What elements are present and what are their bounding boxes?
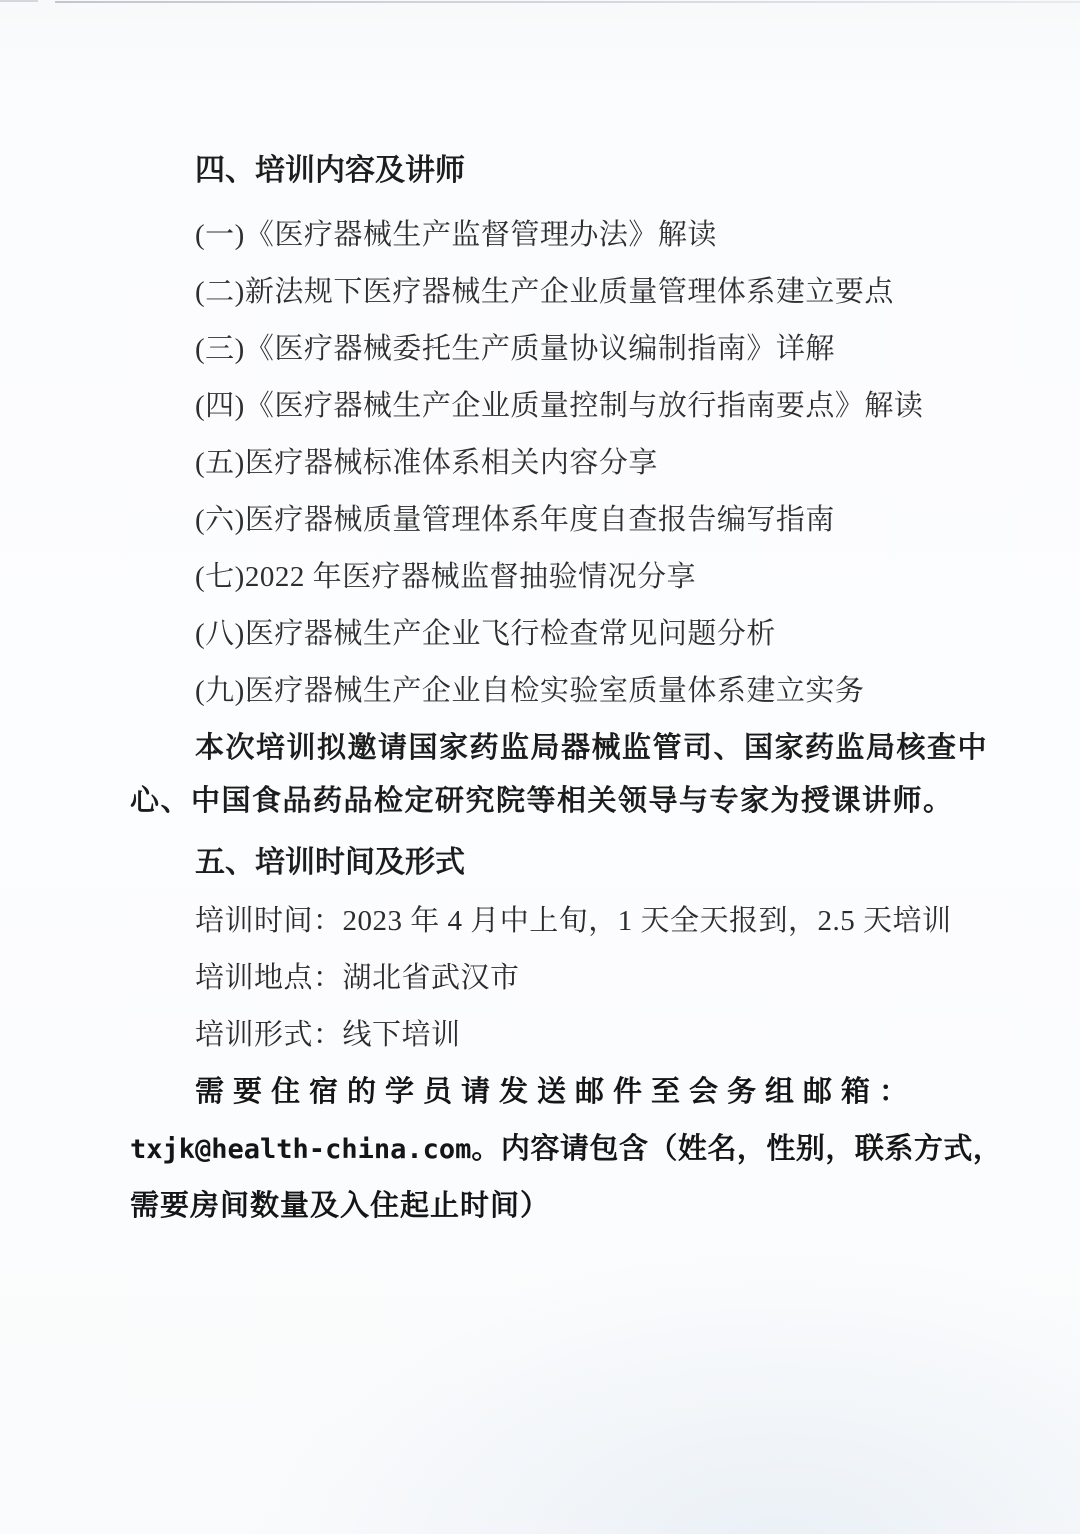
section4-heading: 四、培训内容及讲师: [195, 156, 952, 186]
scan-edge-mark: [0, 0, 38, 2]
lodging-instruction-line-3: 需要房间数量及入住起止时间）: [130, 1191, 952, 1221]
section5-heading: 五、培训时间及形式: [195, 848, 952, 878]
document-text-block: 四、培训内容及讲师 (一)《医疗器械生产监督管理办法》解读 (二)新法规下医疗器…: [130, 156, 952, 1221]
training-topic-item-8: (八)医疗器械生产企业飞行检查常见问题分析: [195, 619, 952, 649]
lodging-instruction-line-2: txjk@health-china.com。内容请包含（姓名，性别，联系方式，: [130, 1134, 952, 1165]
scanned-document-page: 四、培训内容及讲师 (一)《医疗器械生产监督管理办法》解读 (二)新法规下医疗器…: [0, 0, 1080, 1534]
contact-email: txjk@health-china.com: [130, 1134, 471, 1165]
training-topic-item-2: (二)新法规下医疗器械生产企业质量管理体系建立要点: [195, 277, 952, 307]
lecturer-note-line-2: 心、中国食品药品检定研究院等相关领导与专家为授课讲师。: [130, 786, 952, 816]
scan-top-edge-line: [55, 1, 1080, 3]
training-time-line: 培训时间：2023 年 4 月中上旬，1 天全天报到，2.5 天培训: [195, 906, 952, 936]
lecturer-note-line-1: 本次培训拟邀请国家药监局器械监管司、国家药监局核查中: [195, 733, 952, 763]
training-topic-item-4: (四)《医疗器械生产企业质量控制与放行指南要点》解读: [195, 391, 952, 421]
training-location-line: 培训地点：湖北省武汉市: [195, 963, 952, 993]
training-topic-item-1: (一)《医疗器械生产监督管理办法》解读: [195, 220, 952, 250]
training-topic-item-9: (九)医疗器械生产企业自检实验室质量体系建立实务: [195, 676, 952, 706]
training-topic-item-5: (五)医疗器械标准体系相关内容分享: [195, 448, 952, 478]
training-topic-item-6: (六)医疗器械质量管理体系年度自查报告编写指南: [195, 505, 952, 535]
training-format-line: 培训形式：线下培训: [195, 1020, 952, 1050]
lodging-instruction-line-1: 需要住宿的学员请发送邮件至会务组邮箱：: [195, 1077, 952, 1107]
training-topic-item-7: (七)2022 年医疗器械监督抽验情况分享: [195, 562, 952, 592]
training-topic-item-3: (三)《医疗器械委托生产质量协议编制指南》详解: [195, 334, 952, 364]
lodging-line-2-text: 。内容请包含（姓名，性别，联系方式，: [471, 1133, 1002, 1165]
